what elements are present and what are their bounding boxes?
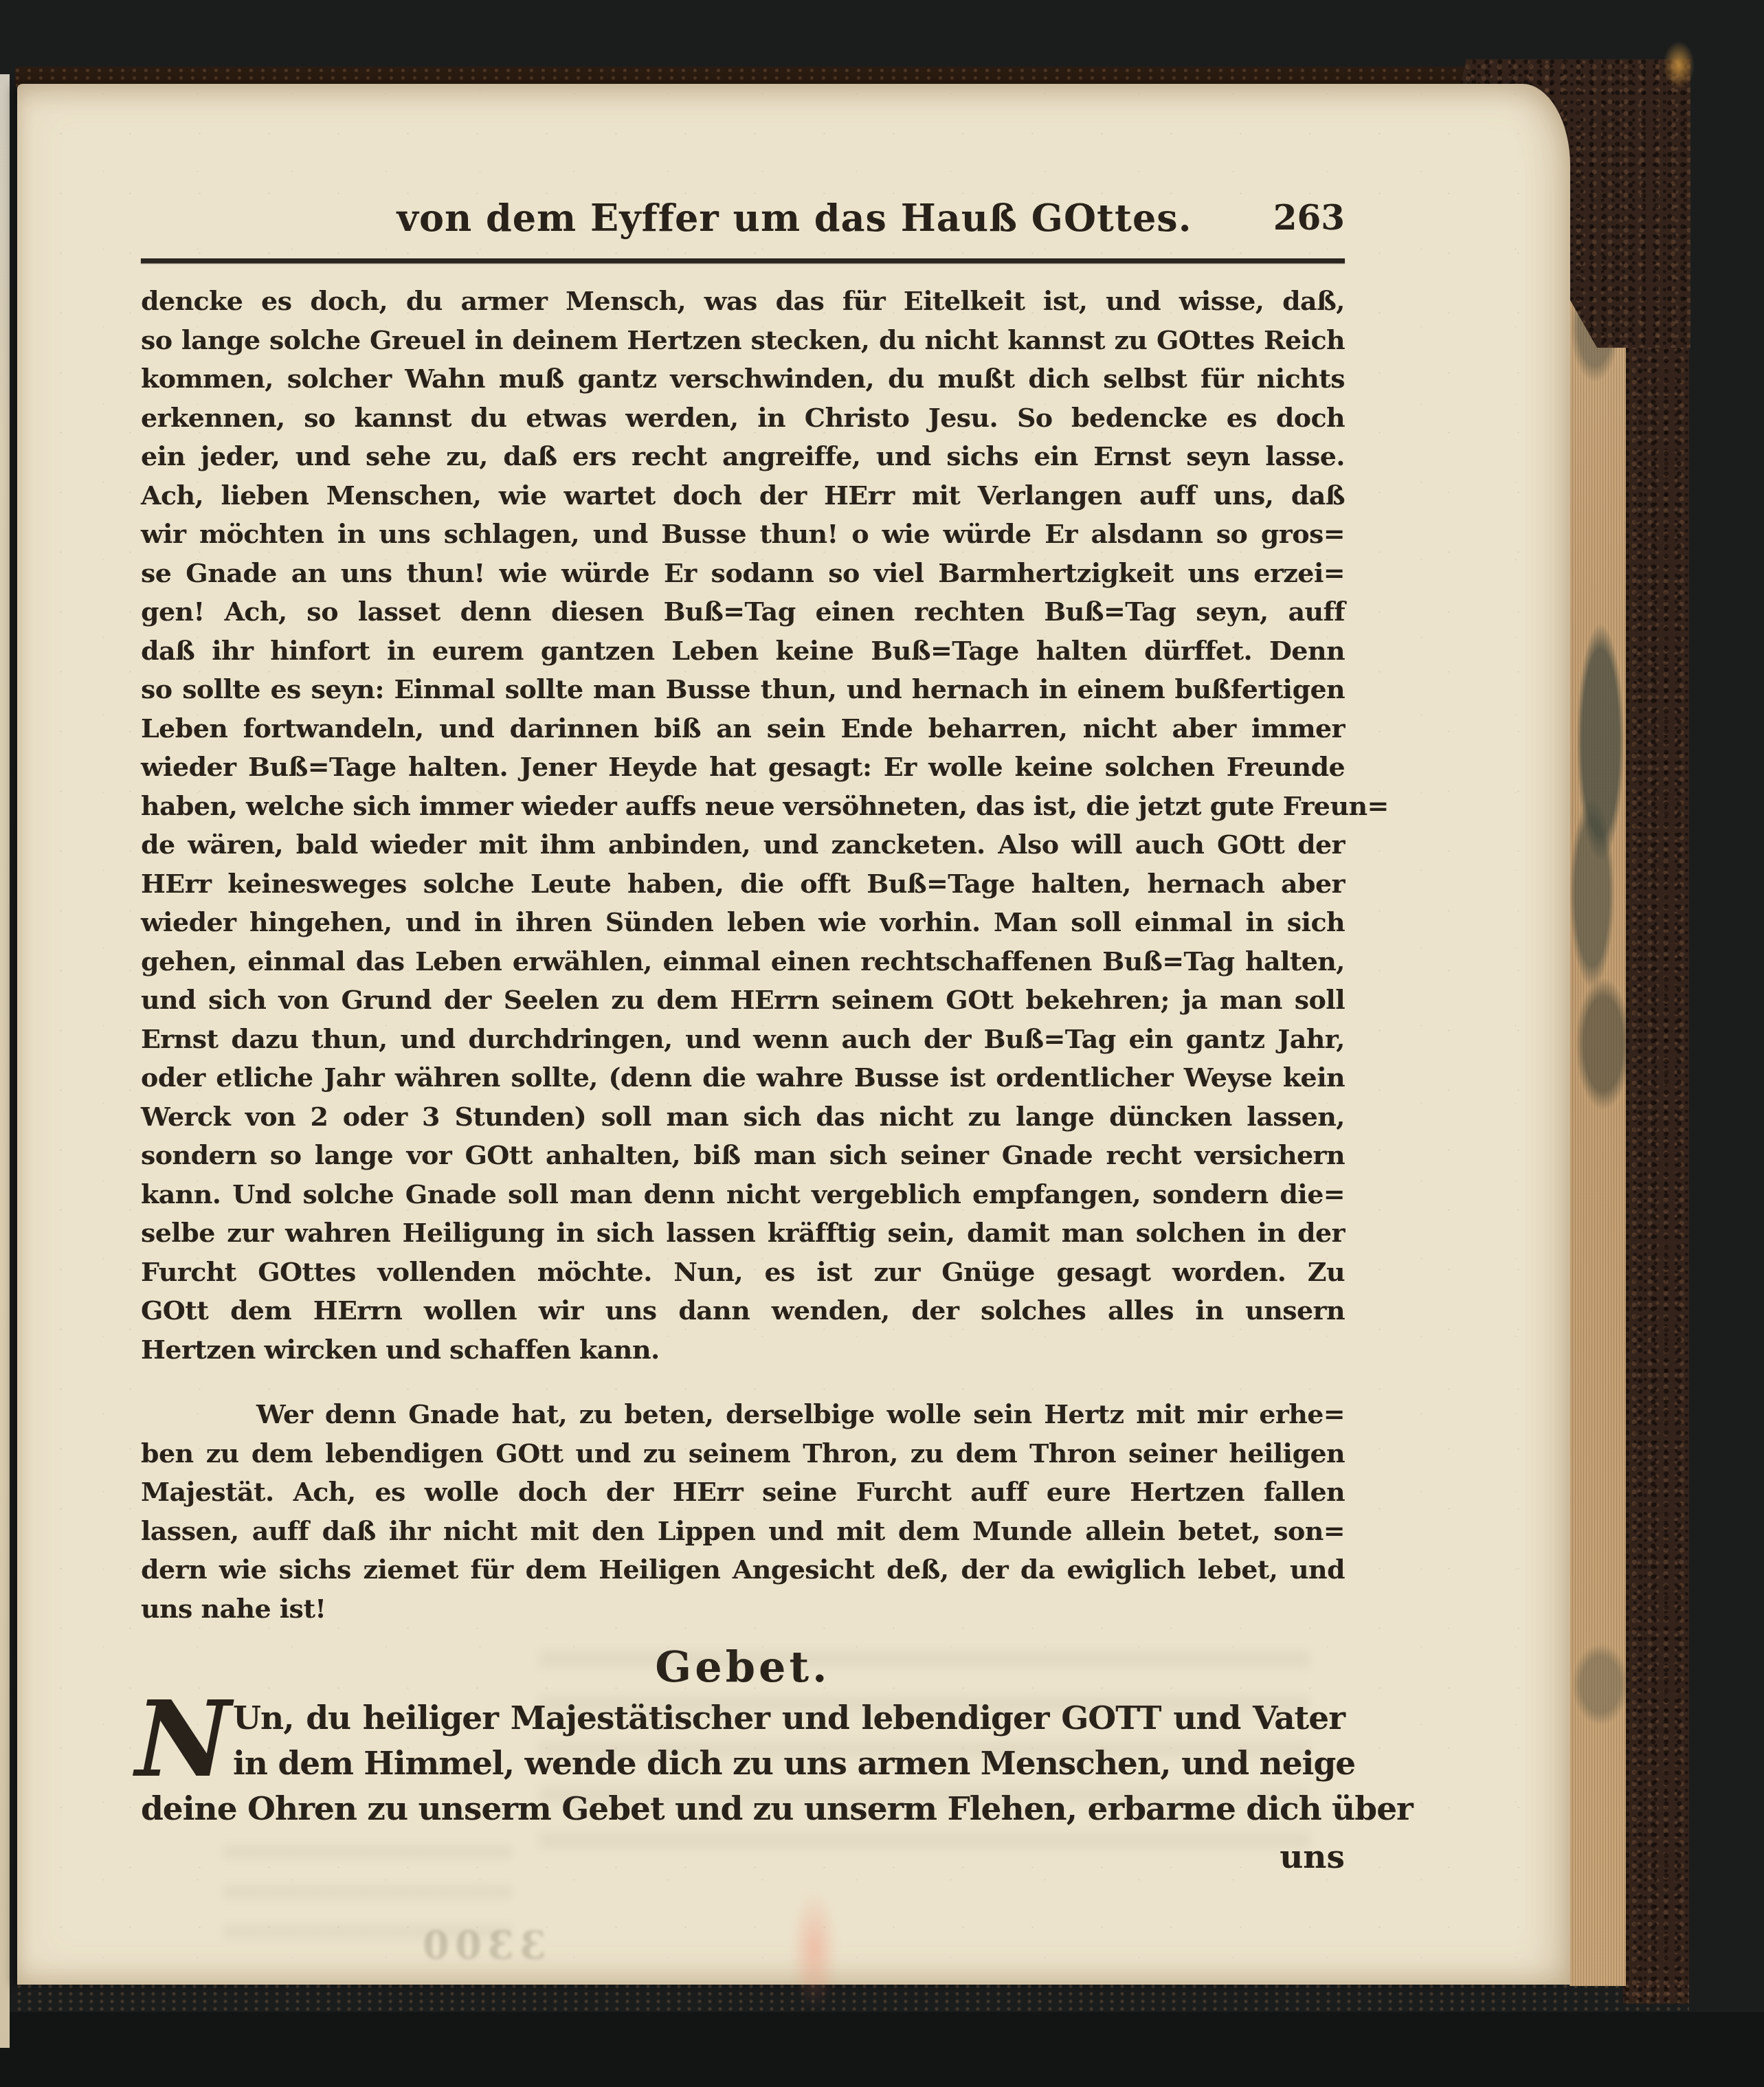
text-line: wieder Buß=Tage halten. Jener Heyde hat …	[141, 748, 1345, 787]
catchword: uns	[141, 1836, 1354, 1879]
text-line: gen! Ach, so lasset denn diesen Buß=Tag …	[141, 592, 1345, 632]
text-line: de wären, bald wieder mit ihm anbinden, …	[141, 825, 1345, 864]
ink-showthrough-marks: 3300	[161, 1923, 546, 1968]
text-line: daß ihr hinfort in eurem gantzen Leben k…	[141, 632, 1345, 671]
text-line: haben, welche sich immer wieder auffs ne…	[141, 787, 1345, 826]
photo-background: von dem Eyffer um das Hauß GOttes. 263 d…	[0, 0, 1764, 2087]
running-header: von dem Eyffer um das Hauß GOttes. 263	[141, 195, 1345, 245]
text-line: se Gnade an uns thun! wie würde Er sodan…	[141, 554, 1345, 593]
text-line: Majestät. Ach, es wolle doch der HErr se…	[141, 1473, 1345, 1512]
text-line: so sollte es seyn: Einmal sollte man Bus…	[141, 670, 1345, 709]
book-fore-edge-pages	[1570, 102, 1626, 1986]
text-line: kann. Und solche Gnade soll man denn nic…	[141, 1175, 1345, 1214]
text-line: dern wie sichs ziemet für dem Heiligen A…	[141, 1550, 1345, 1589]
text-line: so lange solche Greuel in deinem Hertzen…	[141, 321, 1345, 360]
prayer-line: deine Ohren zu unserm Gebet und zu unser…	[141, 1787, 1345, 1832]
text-line: wir möchten in uns schlagen, und Busse t…	[141, 515, 1345, 554]
text-line: wieder hingehen, und in ihren Sünden leb…	[141, 903, 1345, 942]
text-line: uns nahe ist!	[141, 1589, 1345, 1629]
text-line: erkennen, so kannst du etwas werden, in …	[141, 399, 1345, 438]
book-cover-right	[1623, 59, 1689, 2004]
text-line: kommen, solcher Wahn muß gantz verschwin…	[141, 359, 1345, 399]
paragraph-2: Wer denn Gnade hat, zu beten, derselbige…	[141, 1395, 1345, 1628]
text-line: und sich von Grund der Seelen zu dem HEr…	[141, 981, 1345, 1020]
text-line: gehen, einmal das Leben erwählen, einmal…	[141, 942, 1345, 981]
text-line: Werck von 2 oder 3 Stunden) soll man sic…	[141, 1097, 1345, 1137]
running-header-title: von dem Eyffer um das Hauß GOttes.	[141, 195, 1345, 241]
text-line: oder etliche Jahr währen sollte, (denn d…	[141, 1058, 1345, 1097]
text-line: selbe zur wahren Heiligung in sich lasse…	[141, 1214, 1345, 1253]
paragraph-1: dencke es doch, du armer Mensch, was das…	[141, 282, 1345, 1369]
header-rule	[141, 258, 1345, 263]
prayer-paragraph: Un, du heiliger Majestätischer und leben…	[141, 1696, 1345, 1832]
text-line: GOtt dem HErrn wollen wir uns dann wende…	[141, 1291, 1345, 1330]
text-line: ein jeder, und sehe zu, daß ers recht an…	[141, 437, 1345, 476]
page-number: 263	[1273, 195, 1345, 241]
text-line: lassen, auff daß ihr nicht mit den Lippe…	[141, 1512, 1345, 1551]
text-line: Ach, lieben Menschen, wie wartet doch de…	[141, 476, 1345, 515]
text-line: HErr keinesweges solche Leute haben, die…	[141, 864, 1345, 904]
prayer-line: Un, du heiliger Majestätischer und leben…	[141, 1696, 1345, 1741]
cover-corner-wear-spot	[1663, 41, 1695, 89]
text-line: ben zu dem lebendigen GOtt und zu seinem…	[141, 1434, 1345, 1473]
text-line: Hertzen wircken und schaffen kann.	[141, 1330, 1345, 1370]
text-line: Wer denn Gnade hat, zu beten, derselbige…	[141, 1395, 1345, 1434]
section-heading-gebet: Gebet.	[141, 1638, 1345, 1696]
book-cover-bottom-edge	[15, 1983, 1689, 2015]
text-line: sondern so lange vor GOtt anhalten, biß …	[141, 1136, 1345, 1175]
text-line: dencke es doch, du armer Mensch, was das…	[141, 282, 1345, 321]
text-line: Ernst dazu thun, und durchdringen, und w…	[141, 1020, 1345, 1059]
text-line: Leben fortwandeln, und darinnen biß an s…	[141, 709, 1345, 748]
background-shadow	[0, 2012, 1764, 2087]
text-line: Furcht GOttes vollenden möchte. Nun, es …	[141, 1253, 1345, 1292]
book-page: von dem Eyffer um das Hauß GOttes. 263 d…	[17, 84, 1570, 1985]
prayer-line: in dem Himmel, wende dich zu uns armen M…	[141, 1741, 1345, 1787]
loose-page-edge-left	[0, 74, 10, 2048]
